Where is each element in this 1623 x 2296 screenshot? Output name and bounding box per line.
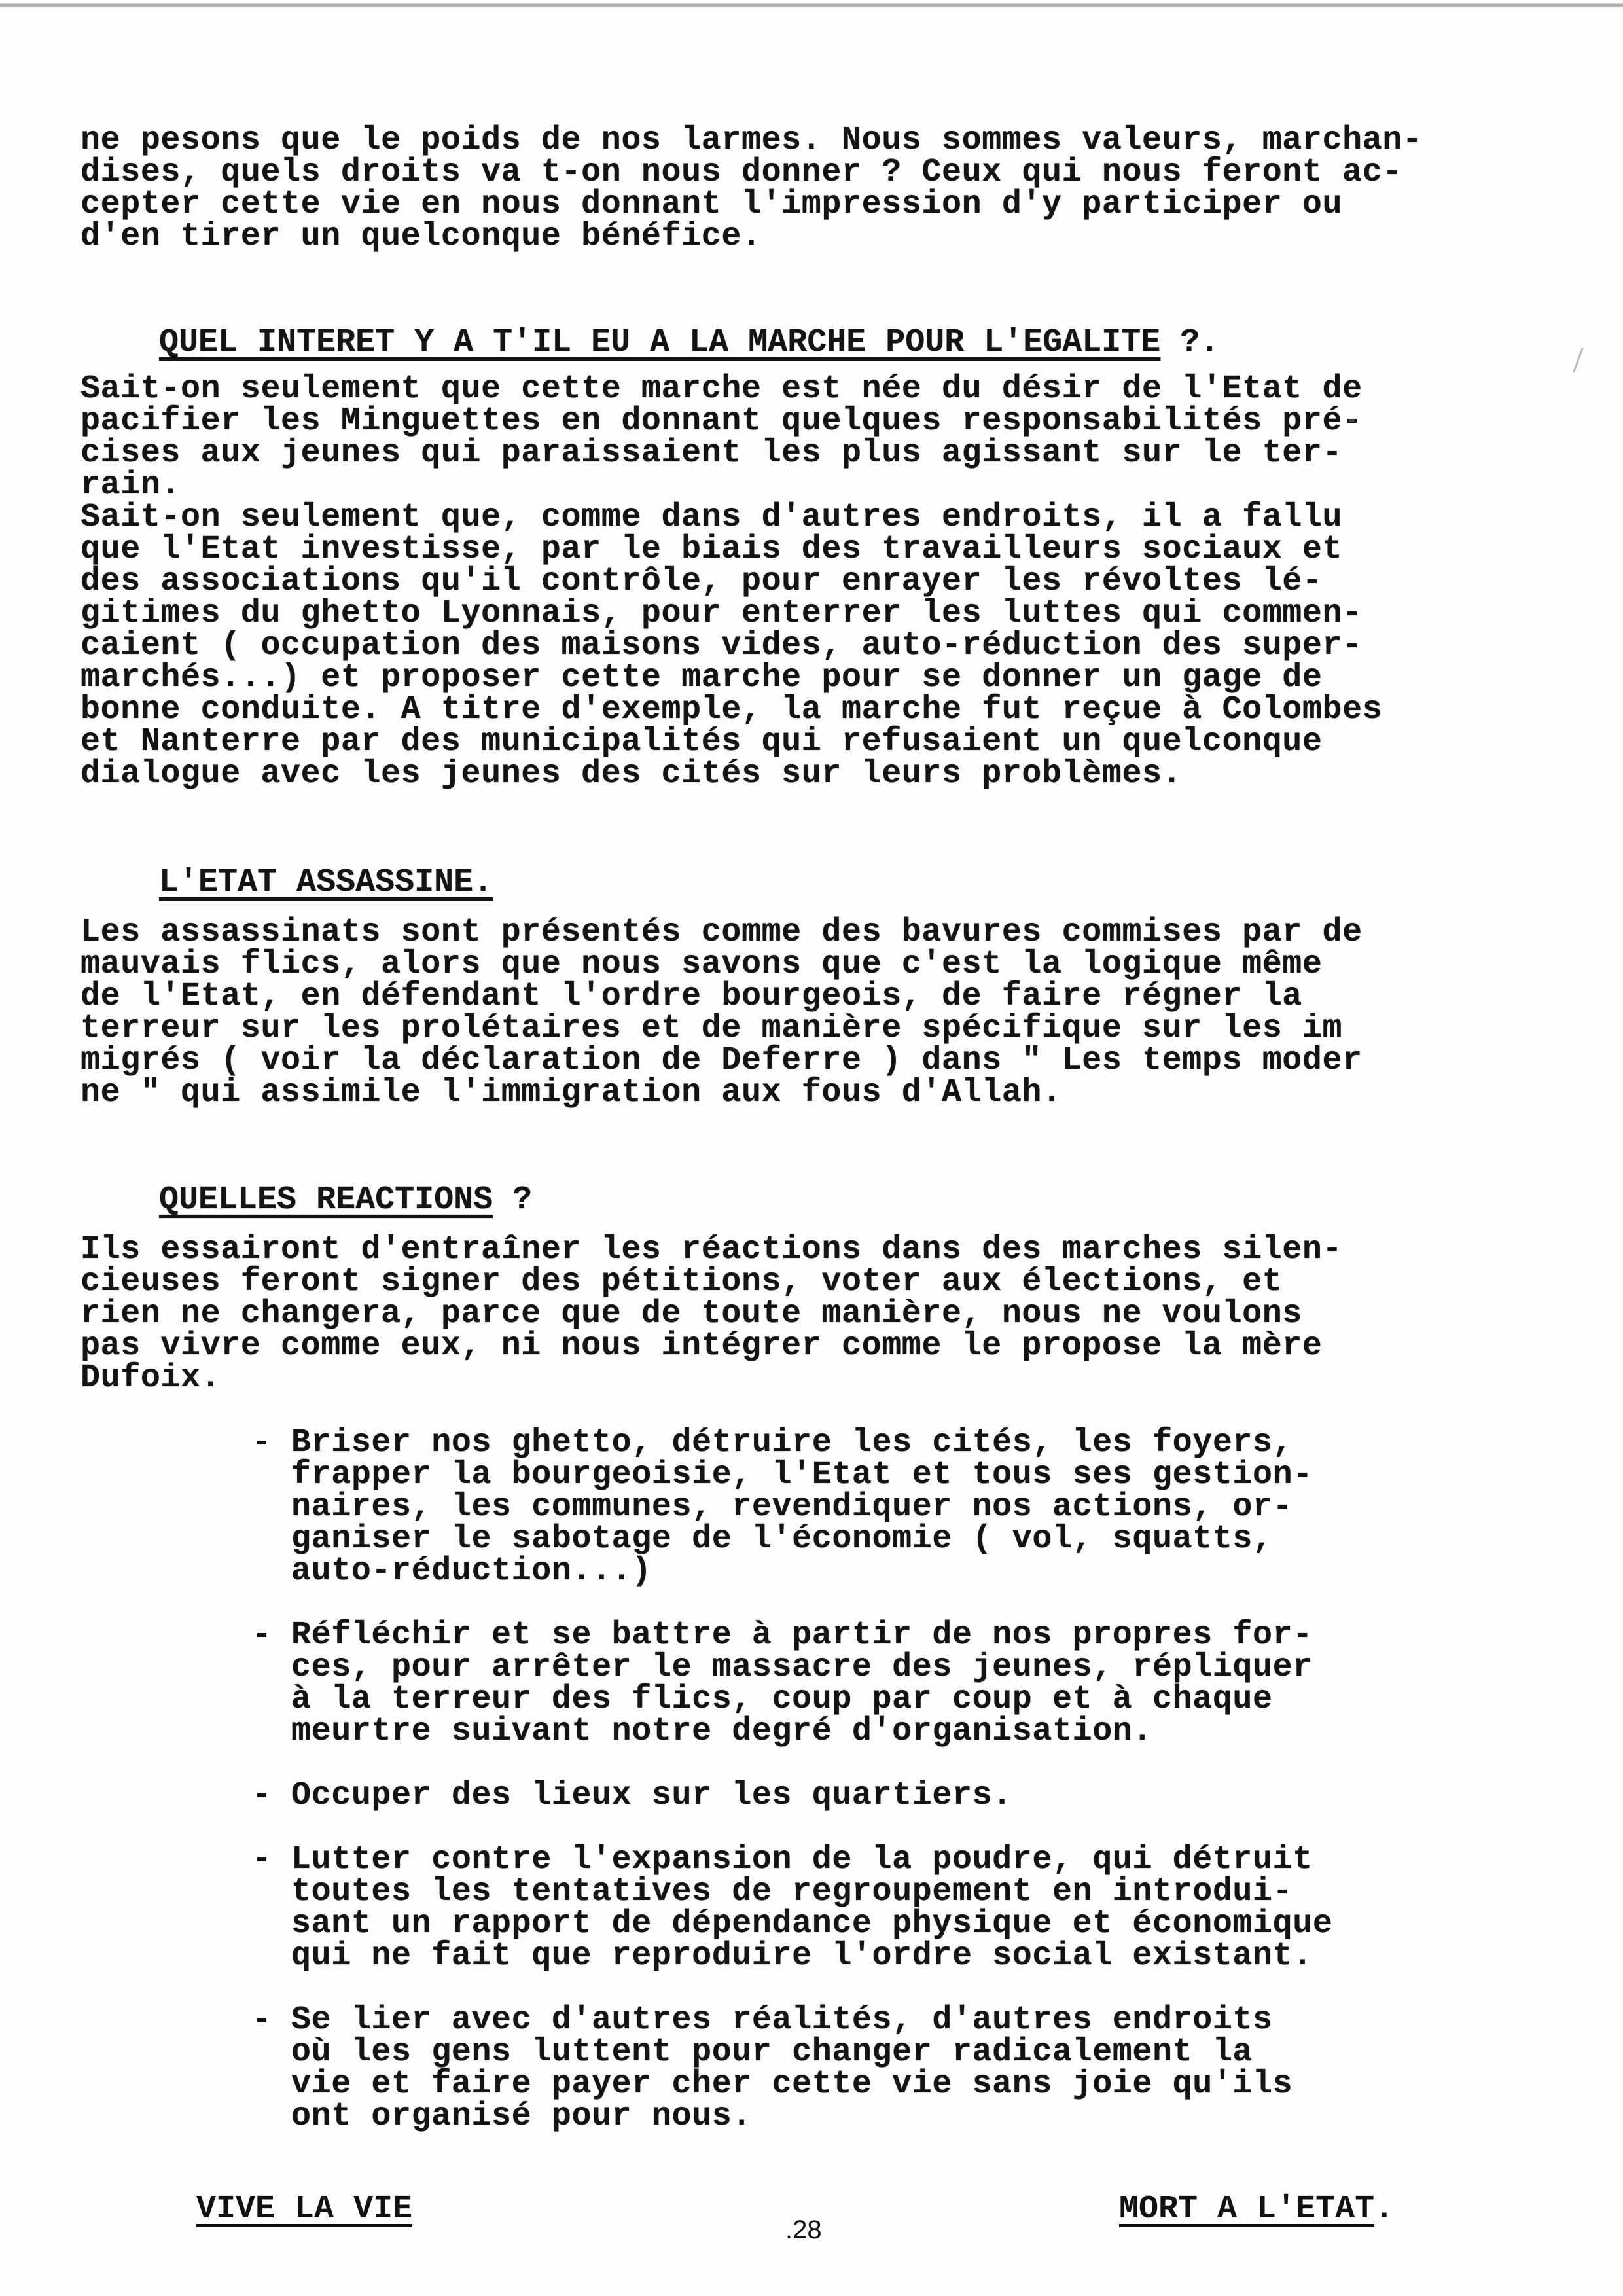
text-line: Ils essairont d'entraîner les réactions …: [80, 1234, 1468, 1266]
bullet-dash: -: [252, 2004, 272, 2036]
text-line: naires, les communes, revendiquer nos ac…: [291, 1491, 1397, 1523]
scan-top-edge: [0, 3, 1623, 8]
text-line: mauvais flics, alors que nous savons que…: [80, 948, 1468, 980]
text-line: qui ne fait que reproduire l'ordre socia…: [291, 1940, 1397, 1972]
action-list: -Briser nos ghetto, détruire les cités, …: [252, 1427, 1397, 2164]
scan-speck: [1573, 348, 1584, 373]
text-line: pas vivre comme eux, ni nous intégrer co…: [80, 1330, 1468, 1362]
bullet-dash: -: [252, 1427, 272, 1459]
text-line: terreur sur les prolétaires et de manièr…: [80, 1013, 1468, 1045]
list-item: -Réfléchir et se battre à partir de nos …: [252, 1619, 1397, 1748]
text-line: Sait-on seulement que cette marche est n…: [80, 373, 1468, 405]
heading-text: L'ETAT ASSASSINE.: [159, 864, 493, 901]
list-item-text: Lutter contre l'expansion de la poudre, …: [291, 1844, 1397, 1972]
text-line: frapper la bourgeoisie, l'Etat et tous s…: [291, 1459, 1397, 1491]
section-paragraph-etat-assassine: Les assassinats sont présentés comme des…: [80, 916, 1468, 1109]
text-line: Réfléchir et se battre à partir de nos p…: [291, 1619, 1397, 1651]
text-line: Se lier avec d'autres réalités, d'autres…: [291, 2004, 1397, 2036]
list-item: -Lutter contre l'expansion de la poudre,…: [252, 1844, 1397, 1972]
text-line: meurtre suivant notre degré d'organisati…: [291, 1715, 1397, 1748]
text-line: toutes les tentatives de regroupement en…: [291, 1876, 1397, 1908]
text-line: des associations qu'il contrôle, pour en…: [80, 565, 1468, 598]
slogan-right: MORT A L'ETAT.: [1041, 2153, 1394, 2265]
text-line: Sait-on seulement que, comme dans d'autr…: [80, 501, 1468, 533]
text-line: migrés ( voir la déclaration de Deferre …: [80, 1045, 1468, 1077]
text-line: cises aux jeunes qui paraissaient les pl…: [80, 437, 1468, 469]
list-item: -Briser nos ghetto, détruire les cités, …: [252, 1427, 1397, 1587]
list-item: -Occuper des lieux sur les quartiers.: [252, 1780, 1397, 1812]
text-line: vie et faire payer cher cette vie sans j…: [291, 2068, 1397, 2100]
text-line: ne " qui assimile l'immigration aux fous…: [80, 1077, 1468, 1109]
bullet-dash: -: [252, 1780, 272, 1812]
text-line: ont organisé pour nous.: [291, 2100, 1397, 2132]
text-line: rain.: [80, 469, 1468, 501]
text-line: que l'Etat investisse, par le biais des …: [80, 533, 1468, 565]
text-line: et Nanterre par des municipalités qui re…: [80, 726, 1468, 758]
text-line: bonne conduite. A titre d'exemple, la ma…: [80, 694, 1468, 726]
bullet-dash: -: [252, 1619, 272, 1651]
text-line: cepter cette vie en nous donnant l'impre…: [80, 188, 1468, 221]
slogan-right-suffix: .: [1374, 2191, 1394, 2228]
text-line: Lutter contre l'expansion de la poudre, …: [291, 1844, 1397, 1876]
text-line: auto-réduction...): [291, 1555, 1397, 1587]
heading-suffix: ?: [493, 1181, 532, 1219]
list-item-text: Réfléchir et se battre à partir de nos p…: [291, 1619, 1397, 1748]
text-line: Briser nos ghetto, détruire les cités, l…: [291, 1427, 1397, 1459]
slogan-left: VIVE LA VIE: [118, 2153, 412, 2265]
text-line: dialogue avec les jeunes des cités sur l…: [80, 758, 1468, 790]
list-item-text: Occuper des lieux sur les quartiers.: [291, 1780, 1397, 1812]
text-line: pacifier les Minguettes en donnant quelq…: [80, 405, 1468, 437]
slogan-left-text: VIVE LA VIE: [196, 2191, 412, 2228]
slogan-right-text: MORT A L'ETAT: [1119, 2191, 1374, 2228]
list-item-text: Se lier avec d'autres réalités, d'autres…: [291, 2004, 1397, 2132]
text-line: à la terreur des flics, coup par coup et…: [291, 1683, 1397, 1715]
text-line: marchés...) et proposer cette marche pou…: [80, 662, 1468, 694]
heading-text: QUELLES REACTIONS: [159, 1181, 493, 1219]
text-line: ne pesons que le poids de nos larmes. No…: [80, 124, 1468, 156]
list-item: -Se lier avec d'autres réalités, d'autre…: [252, 2004, 1397, 2132]
text-line: de l'Etat, en défendant l'ordre bourgeoi…: [80, 980, 1468, 1013]
page-number: .28: [785, 2215, 822, 2245]
text-line: Occuper des lieux sur les quartiers.: [291, 1780, 1397, 1812]
text-line: d'en tirer un quelconque bénéfice.: [80, 221, 1468, 253]
list-item-text: Briser nos ghetto, détruire les cités, l…: [291, 1427, 1397, 1587]
document-page: ne pesons que le poids de nos larmes. No…: [0, 0, 1623, 2296]
text-line: ganiser le sabotage de l'économie ( vol,…: [291, 1523, 1397, 1555]
text-line: Dufoix.: [80, 1362, 1468, 1394]
section-paragraph-marche: Sait-on seulement que cette marche est n…: [80, 373, 1468, 790]
heading-text: QUEL INTERET Y A T'IL EU A LA MARCHE POU…: [159, 324, 1160, 361]
text-line: cieuses feront signer des pétitions, vot…: [80, 1266, 1468, 1298]
text-line: rien ne changera, parce que de toute man…: [80, 1298, 1468, 1330]
scan-speck: [1349, 419, 1355, 422]
text-line: dises, quels droits va t-on nous donner …: [80, 156, 1468, 188]
text-line: où les gens luttent pour changer radical…: [291, 2036, 1397, 2068]
text-line: gitimes du ghetto Lyonnais, pour enterre…: [80, 598, 1468, 630]
section-paragraph-reactions: Ils essairont d'entraîner les réactions …: [80, 1234, 1468, 1394]
text-line: ces, pour arrêter le massacre des jeunes…: [291, 1651, 1397, 1683]
bullet-dash: -: [252, 1844, 272, 1876]
heading-suffix: ?.: [1160, 324, 1219, 361]
text-line: caient ( occupation des maisons vides, a…: [80, 630, 1468, 662]
text-line: Les assassinats sont présentés comme des…: [80, 916, 1468, 948]
text-line: sant un rapport de dépendance physique e…: [291, 1908, 1397, 1940]
intro-paragraph: ne pesons que le poids de nos larmes. No…: [80, 124, 1468, 253]
